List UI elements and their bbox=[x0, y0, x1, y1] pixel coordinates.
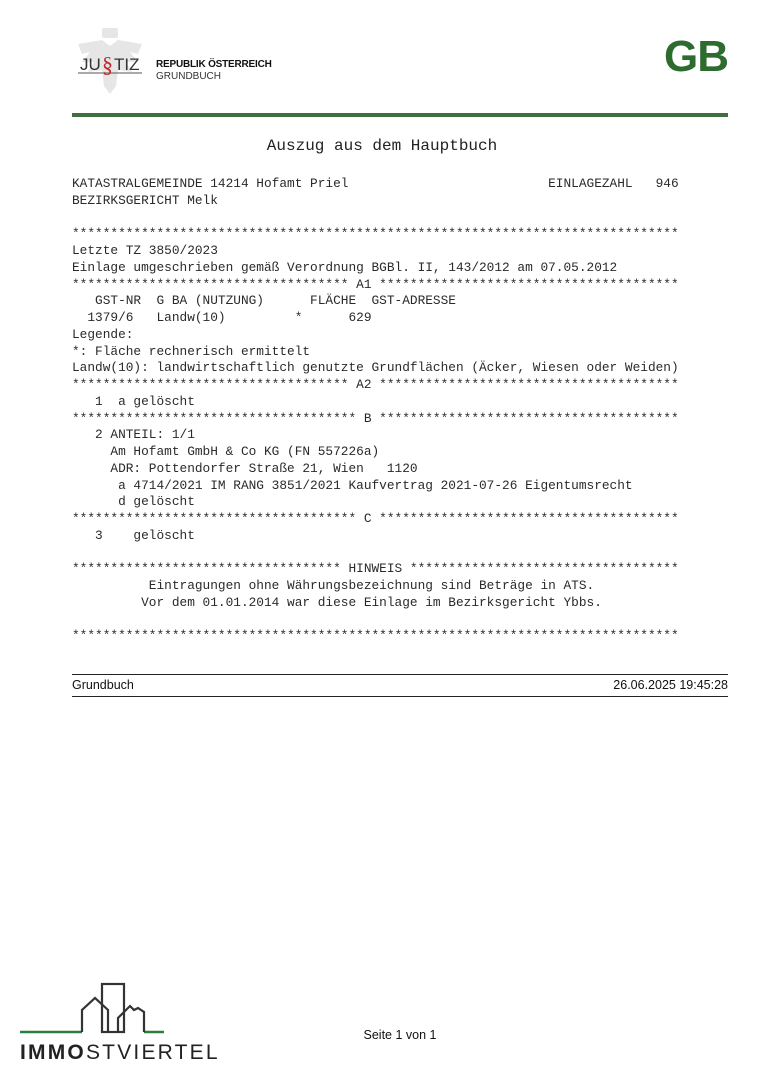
brand-name-bold: IMMO bbox=[20, 1041, 86, 1064]
brand-wordmark: IMMOSTVIERTEL bbox=[20, 1041, 220, 1065]
document-header: JU § TIZ REPUBLIK ÖSTERREICH GRUNDBUCH G… bbox=[72, 26, 728, 116]
immostviertel-logo: IMMOSTVIERTEL bbox=[18, 980, 218, 1070]
brand-name-rest: STVIERTEL bbox=[86, 1041, 220, 1064]
footer-divider-bottom bbox=[72, 696, 728, 697]
org-line-1: REPUBLIK ÖSTERREICH bbox=[156, 59, 272, 71]
document-title: Auszug aus dem Hauptbuch bbox=[0, 137, 764, 155]
header-divider bbox=[72, 113, 728, 117]
page-number: Seite 1 von 1 bbox=[0, 1028, 764, 1042]
grundbuch-extract: KATASTRALGEMEINDE 14214 Hofamt Priel EIN… bbox=[72, 176, 679, 645]
footer-divider-top bbox=[72, 674, 728, 675]
justiz-wordmark: JU bbox=[80, 55, 101, 74]
footer-timestamp: 26.06.2025 19:45:28 bbox=[613, 678, 728, 692]
justiz-eagle-logo: JU § TIZ bbox=[72, 26, 148, 96]
gb-badge: GB bbox=[664, 32, 728, 82]
svg-text:§: § bbox=[102, 52, 113, 77]
footer-source: Grundbuch bbox=[72, 678, 134, 692]
org-line-2: GRUNDBUCH bbox=[156, 71, 272, 83]
org-name: REPUBLIK ÖSTERREICH GRUNDBUCH bbox=[156, 59, 272, 83]
svg-text:TIZ: TIZ bbox=[114, 55, 140, 74]
